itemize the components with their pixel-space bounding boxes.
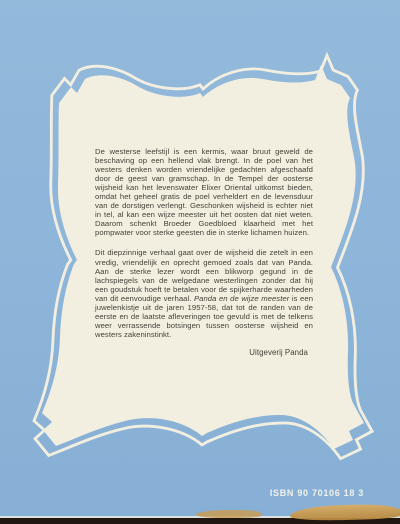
publisher-name: Uitgeverij Panda — [95, 348, 313, 357]
wear-mark — [196, 510, 262, 518]
book-title: Panda en de wijze meester — [194, 294, 289, 303]
book-back-cover: De westerse leefstijl is een kermis, waa… — [0, 0, 400, 524]
isbn-number: ISBN 90 70106 18 3 — [270, 488, 364, 498]
back-cover-blurb: De westerse leefstijl is een kermis, waa… — [95, 147, 313, 357]
blurb-paragraph-2: Dit diepzinnige verhaal gaat over de wij… — [95, 248, 313, 338]
blurb-paragraph-1: De westerse leefstijl is een kermis, waa… — [95, 147, 313, 237]
